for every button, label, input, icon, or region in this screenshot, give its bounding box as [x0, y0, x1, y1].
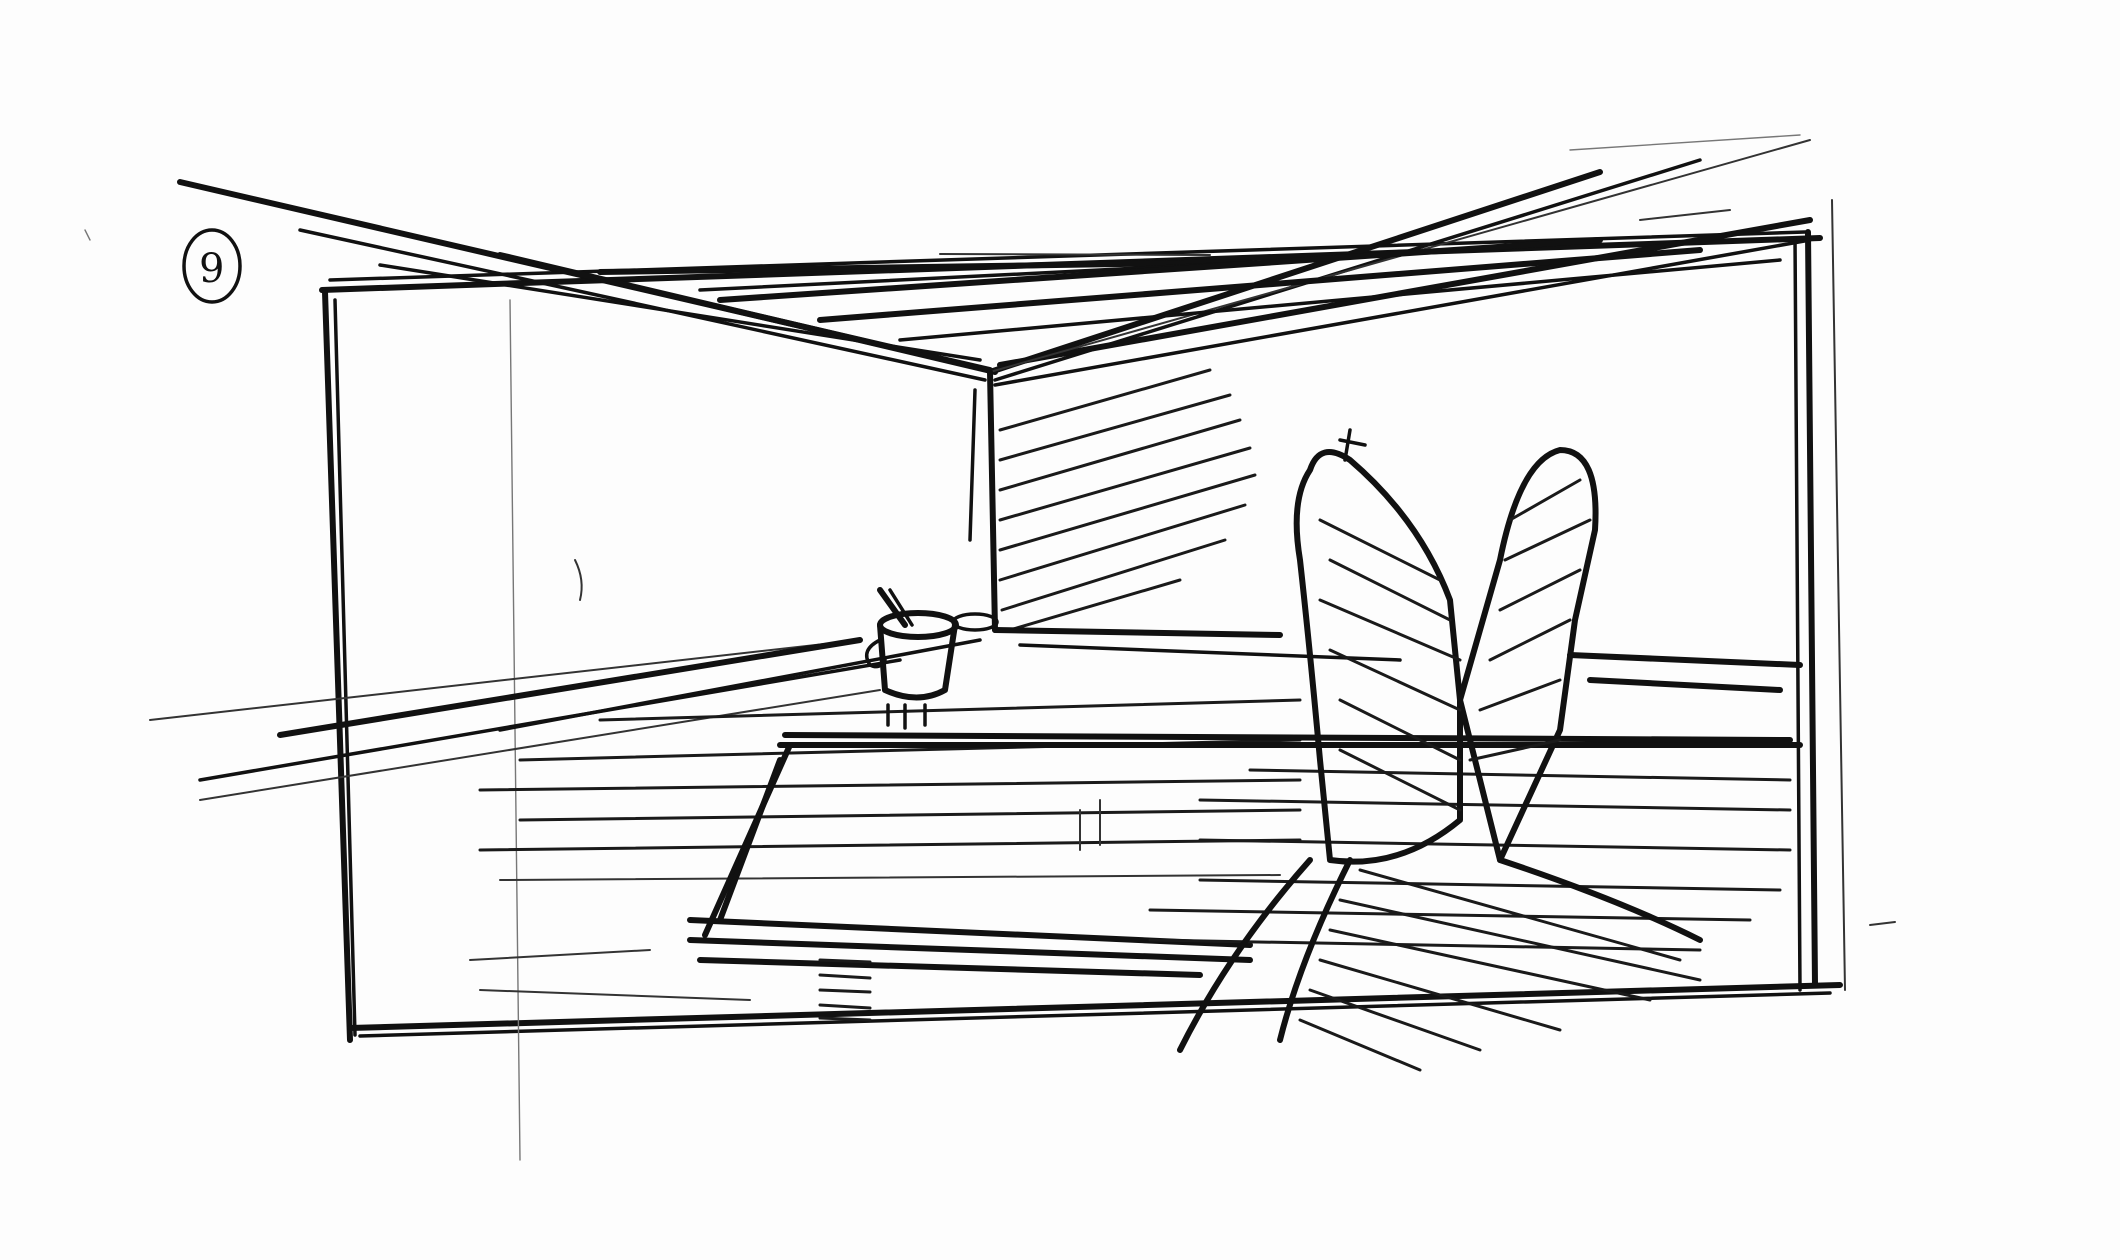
panel-number-label: 9: [199, 246, 224, 292]
cup: [867, 590, 997, 728]
floor-lines: [150, 630, 1800, 1000]
ceiling-lines: [180, 140, 1810, 385]
crossed-feet: [1180, 430, 1700, 1070]
hatched-right-wall: [1000, 370, 1255, 630]
panel-number: 9: [184, 230, 240, 302]
storyboard-sketch: 9: [0, 0, 2120, 1260]
back-wall-corner: [970, 372, 995, 630]
